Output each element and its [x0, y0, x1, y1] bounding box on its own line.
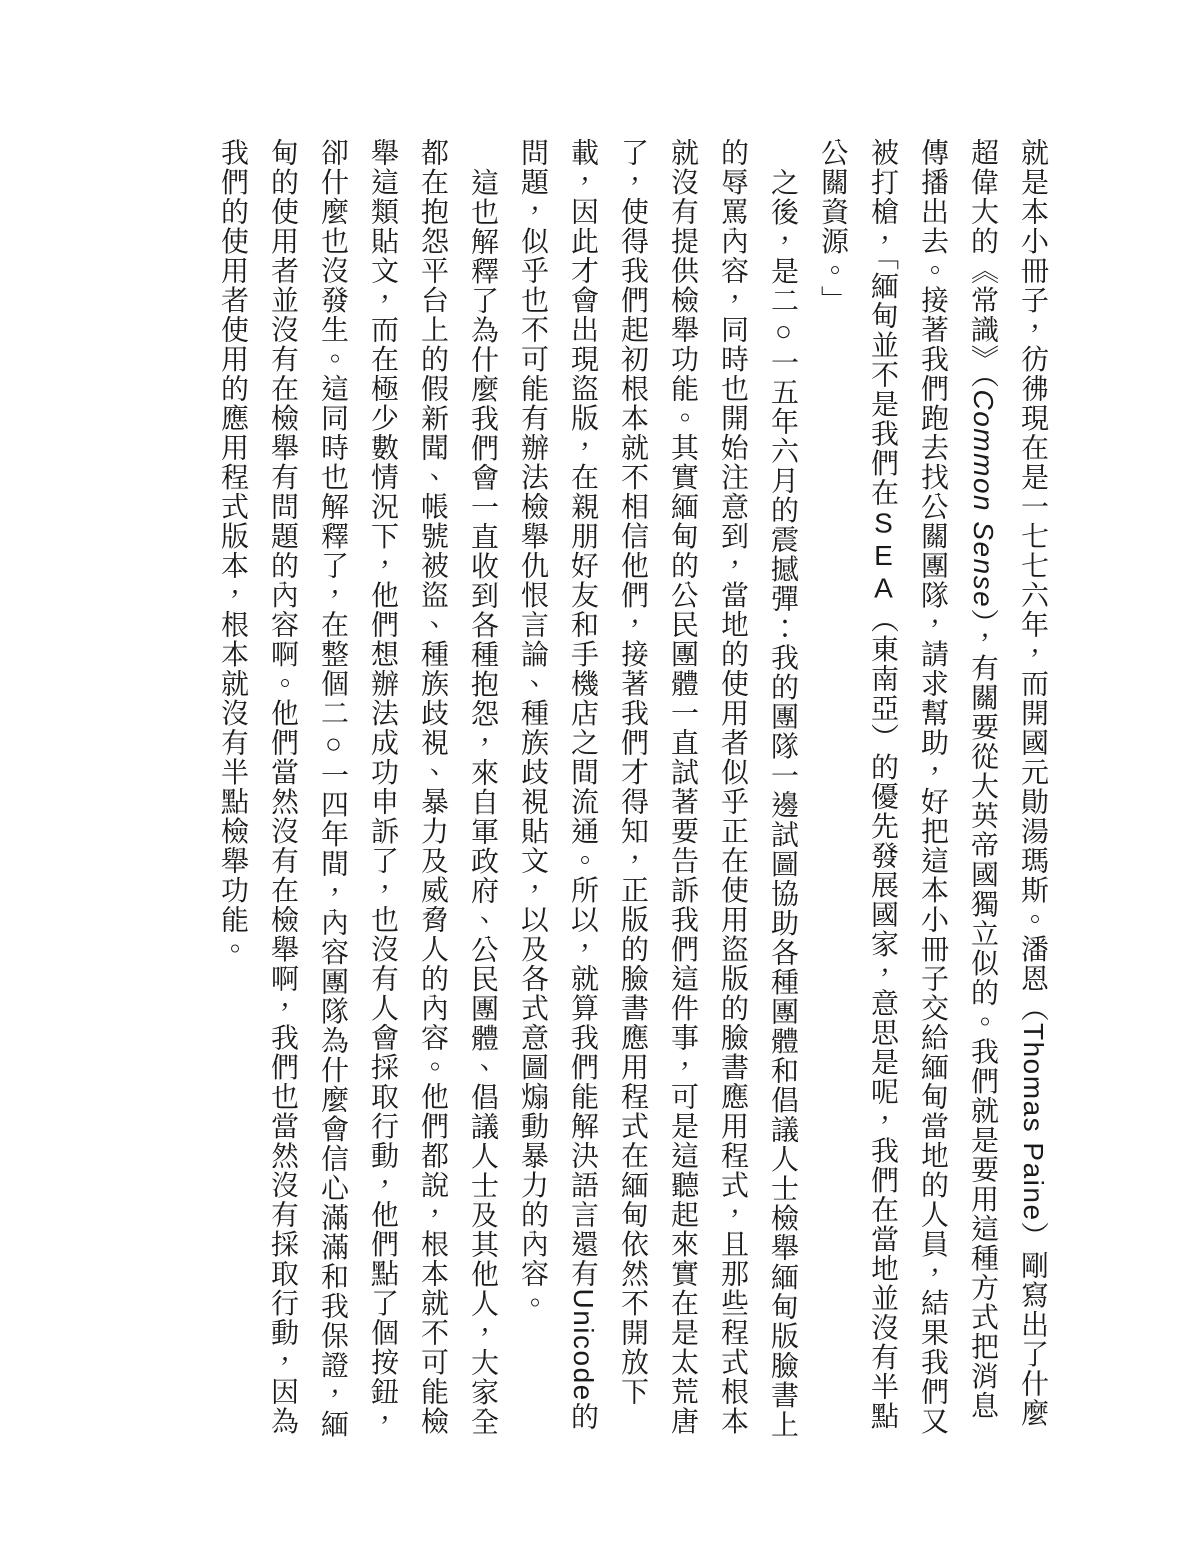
cjk-text-run: 這也解釋了為什麼我們會一直收到各種抱怨，來自軍政府、公民團體、倡議人士及其他人，… [218, 138, 499, 1439]
cjk-text-run: 之後，是二○一五年六月的震撼彈：我的團隊一邊試圖協助各種團體和倡議人士檢舉緬甸版… [568, 138, 799, 1440]
latin-text-run: Unicode [568, 1289, 599, 1402]
cjk-text-run: 就是本小冊子，彷彿現在是一七七六年，而開國元勛湯瑪斯。潘恩（ [1018, 138, 1049, 1023]
paragraph: 這也解釋了為什麼我們會一直收到各種抱怨，來自軍政府、公民團體、倡議人士及其他人，… [208, 138, 508, 1440]
latin-text-run: Thomas Paine [1018, 1023, 1049, 1222]
paragraph: 就是本小冊子，彷彿現在是一七七六年，而開國元勛湯瑪斯。潘恩（Thomas Pai… [808, 138, 1058, 1440]
body-text: 就是本小冊子，彷彿現在是一七七六年，而開國元勛湯瑪斯。潘恩（Thomas Pai… [156, 138, 1058, 1440]
latin-text-run: Common Sense [968, 390, 999, 609]
paragraph: 之後，是二○一五年六月的震撼彈：我的團隊一邊試圖協助各種團體和倡議人士檢舉緬甸版… [508, 138, 808, 1440]
book-page: 就是本小冊子，彷彿現在是一七七六年，而開國元勛湯瑪斯。潘恩（Thomas Pai… [0, 0, 1200, 1554]
latin-text-run: SEA [868, 508, 899, 606]
